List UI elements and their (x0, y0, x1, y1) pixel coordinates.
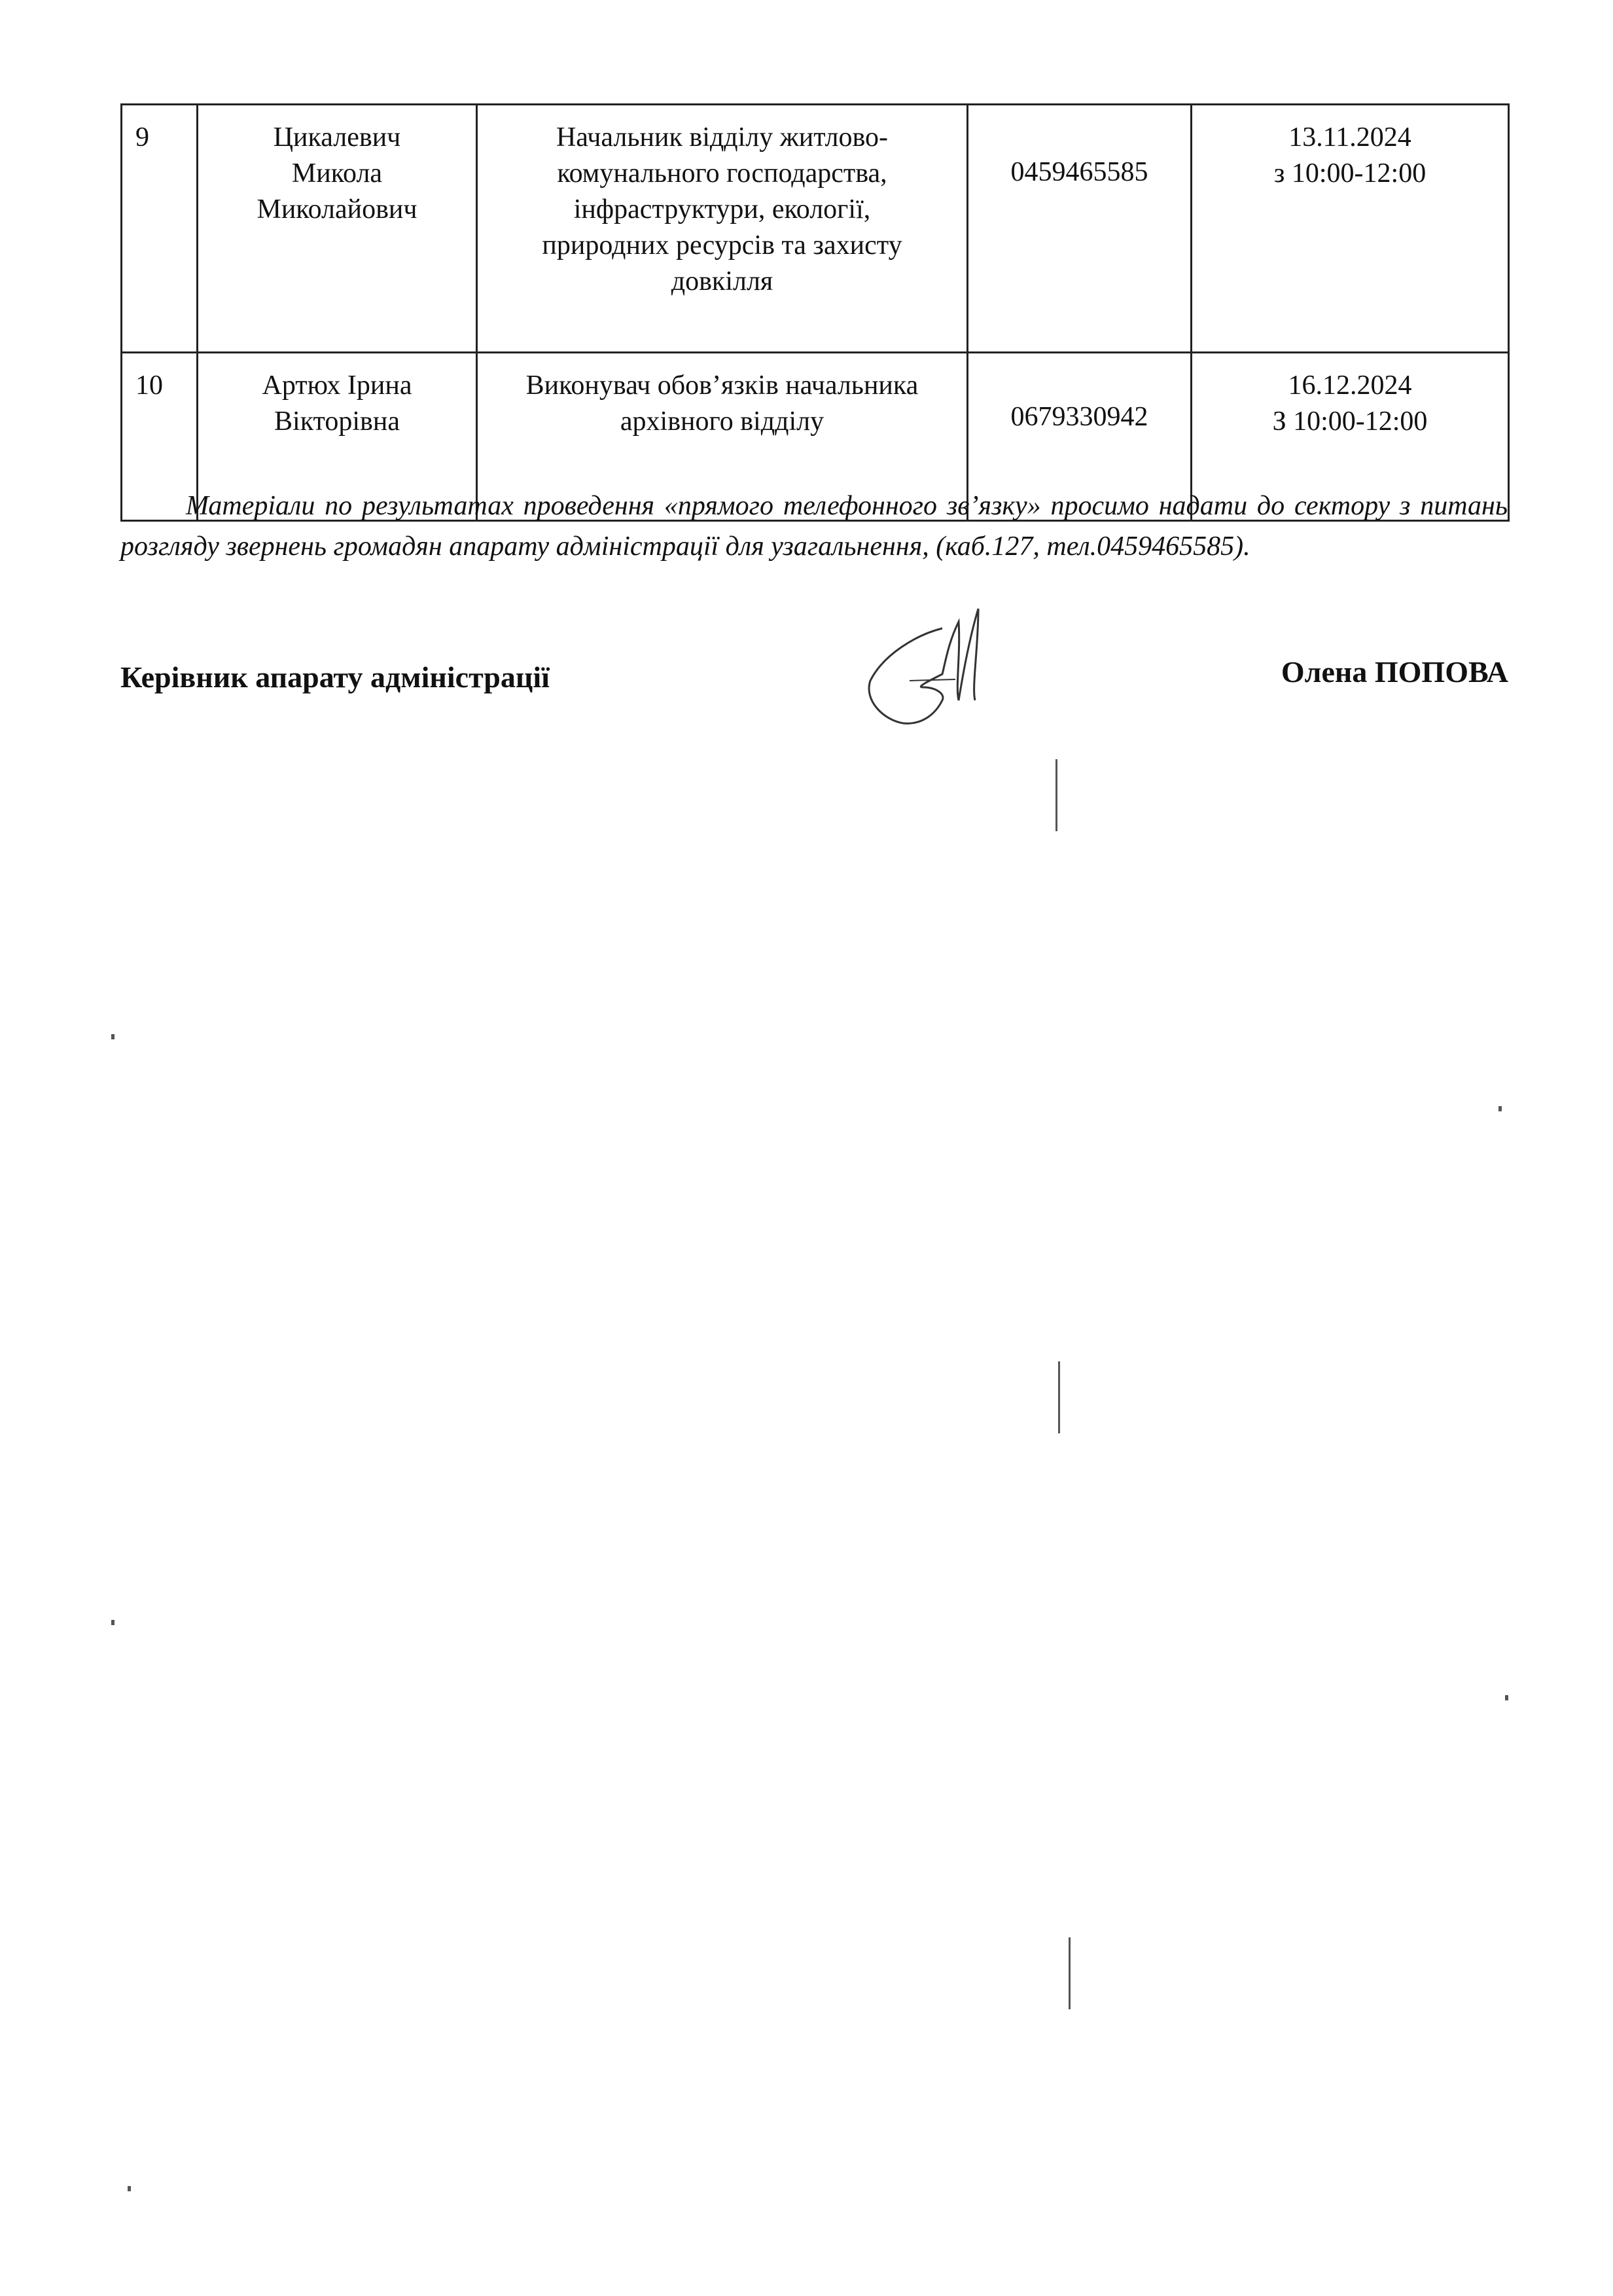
date-time: 13.11.2024 з 10:00-12:00 (1192, 105, 1509, 353)
scan-artifact (1058, 1361, 1060, 1433)
schedule-table: 9 Цикалевич Микола Миколайович Начальник… (120, 103, 1510, 522)
signatory-title: Керівник апарату адміністрації (120, 660, 550, 694)
scan-artifact (111, 1620, 115, 1625)
signature-icon (844, 602, 1040, 733)
scan-artifact (128, 2186, 131, 2191)
row-number: 9 (122, 105, 198, 353)
scan-artifact (1498, 1106, 1502, 1111)
person-name: Цикалевич Микола Миколайович (198, 105, 477, 353)
note-paragraph: Матеріали по результатах проведення «пря… (120, 486, 1508, 567)
person-position: Начальник відділу житлово- комунального … (477, 105, 968, 353)
scan-artifact (1069, 1937, 1071, 2009)
phone-number: 0459465585 (968, 105, 1192, 353)
scan-artifact (1055, 759, 1057, 831)
scan-artifact (111, 1034, 115, 1039)
table-row: 9 Цикалевич Микола Миколайович Начальник… (122, 105, 1509, 353)
signatory-name: Олена ПОПОВА (1281, 655, 1508, 689)
scan-artifact (1505, 1695, 1508, 1700)
